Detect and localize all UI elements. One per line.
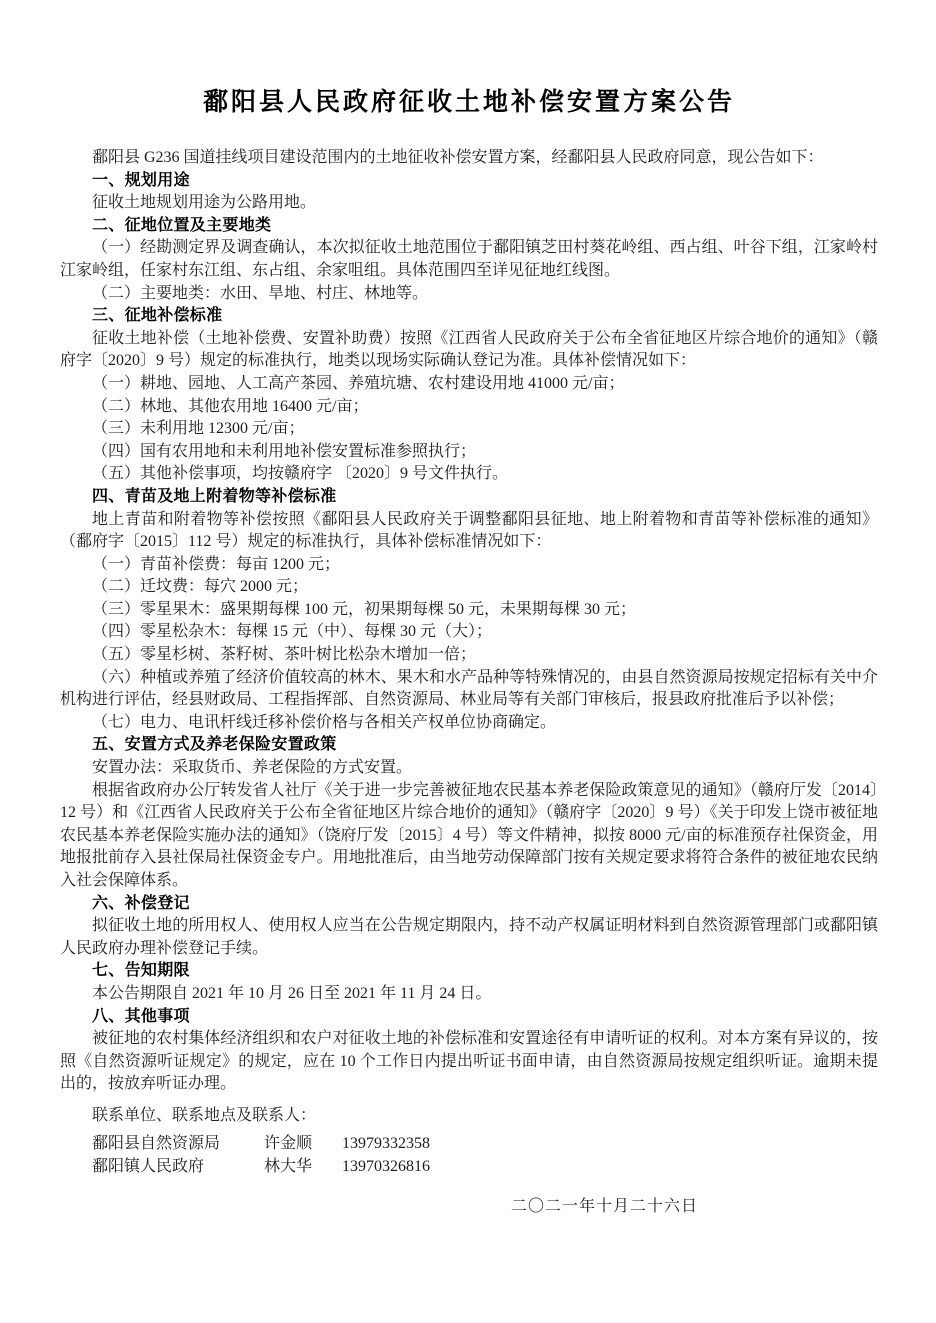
contact-row: 鄱阳县自然资源局 许金顺 13979332358 [60,1132,878,1156]
section-4-paragraph: （一）青苗补偿费：每亩 1200 元； [60,554,878,577]
contact-person: 许金顺 [264,1132,338,1156]
section-4-paragraph: （三）零星果木：盛果期每棵 100 元，初果期每棵 50 元，未果期每棵 30 … [60,599,878,622]
contact-list: 鄱阳县自然资源局 许金顺 13979332358 鄱阳镇人民政府 林大华 139… [60,1132,878,1179]
section-4-paragraph: （六）种植或养殖了经济价值较高的林木、果木和水产品种等特殊情况的，由县自然资源局… [60,667,878,712]
section-4-paragraph: （四）零星松杂木：每棵 15 元（中）、每棵 30 元（大）； [60,621,878,644]
contact-row: 鄱阳镇人民政府 林大华 13970326816 [60,1155,878,1179]
section-5-heading: 五、安置方式及养老保险安置政策 [60,734,878,757]
section-7-heading: 七、告知期限 [60,960,878,983]
contact-phone: 13970326816 [342,1158,430,1175]
section-3-paragraph: （五）其他补偿事项，均按赣府字 〔2020〕9 号文件执行。 [60,463,878,486]
section-6-paragraph: 拟征收土地的所用权人、使用权人应当在公告规定期限内，持不动产权属证明材料到自然资… [60,915,878,960]
section-8-heading: 八、其他事项 [60,1006,878,1029]
page-title: 鄱阳县人民政府征收土地补偿安置方案公告 [60,86,878,120]
section-2-paragraph: （一）经勘测定界及调查确认，本次拟征收土地范围位于鄱阳镇芝田村葵花岭组、西占组、… [60,237,878,282]
section-3-paragraph: 征收土地补偿（土地补偿费、安置补助费）按照《江西省人民政府关于公布全省征地区片综… [60,328,878,373]
section-4-paragraph: 地上青苗和附着物等补偿按照《鄱阳县人民政府关于调整鄱阳县征地、地上附着物和青苗等… [60,509,878,554]
section-3-paragraph: （二）林地、其他农用地 16400 元/亩； [60,396,878,419]
contact-person: 林大华 [264,1155,338,1179]
document-date: 二〇二一年十月二十六日 [60,1196,878,1219]
section-4-paragraph: （二）迁坟费：每穴 2000 元； [60,576,878,599]
section-5-paragraph: 安置办法：采取货币、养老保险的方式安置。 [60,757,878,780]
section-1-heading: 一、规划用途 [60,170,878,193]
section-6-heading: 六、补偿登记 [60,893,878,916]
section-1-paragraph: 征收土地规划用途为公路用地。 [60,192,878,215]
section-2-heading: 二、征地位置及主要地类 [60,215,878,238]
section-4-heading: 四、青苗及地上附着物等补偿标准 [60,486,878,509]
document-body: 鄱阳县 G236 国道挂线项目建设范围内的土地征收补偿安置方案，经鄱阳县人民政府… [60,147,878,1218]
contact-unit: 鄱阳镇人民政府 [92,1155,260,1179]
section-3-paragraph: （三）未利用地 12300 元/亩； [60,418,878,441]
section-4-paragraph: （五）零星杉树、茶籽树、茶叶树比松杂木增加一倍； [60,644,878,667]
section-5-paragraph: 根据省政府办公厅转发省人社厅《关于进一步完善被征地农民基本养老保险政策意见的通知… [60,780,878,893]
section-8-paragraph: 被征地的农村集体经济组织和农户对征收土地的补偿标准和安置途径有申请听证的权利。对… [60,1028,878,1096]
document-page: 鄱阳县人民政府征收土地补偿安置方案公告 鄱阳县 G236 国道挂线项目建设范围内… [0,0,936,1323]
section-7-paragraph: 本公告期限自 2021 年 10 月 26 日至 2021 年 11 月 24 … [60,983,878,1006]
section-3-paragraph: （四）国有农用地和未利用地补偿安置标准参照执行； [60,441,878,464]
intro-paragraph: 鄱阳县 G236 国道挂线项目建设范围内的土地征收补偿安置方案，经鄱阳县人民政府… [60,147,878,170]
contact-phone: 13979332358 [342,1135,430,1152]
contact-heading: 联系单位、联系地点及联系人： [60,1105,878,1128]
section-3-paragraph: （一）耕地、园地、人工高产茶园、养殖坑塘、农村建设用地 41000 元/亩； [60,373,878,396]
section-2-paragraph: （二）主要地类：水田、旱地、村庄、林地等。 [60,283,878,306]
section-3-heading: 三、征地补偿标准 [60,305,878,328]
section-4-paragraph: （七）电力、电讯杆线迁移补偿价格与各相关产权单位协商确定。 [60,712,878,735]
contact-unit: 鄱阳县自然资源局 [92,1132,260,1156]
